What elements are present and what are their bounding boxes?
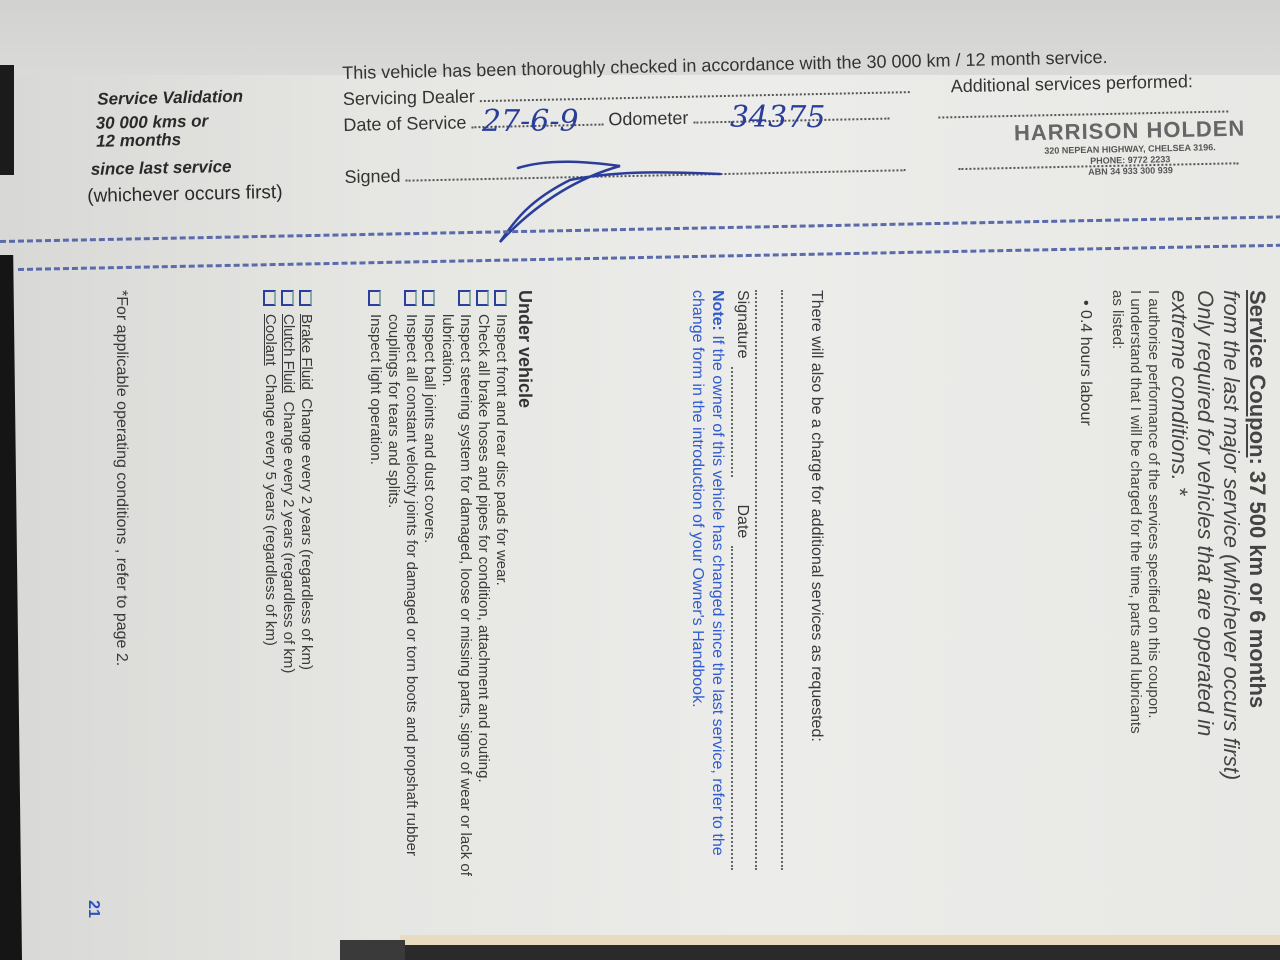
validation-whichever: (whichever occurs first) — [87, 179, 327, 210]
validation-since: since last service — [86, 153, 326, 182]
checklist-item: Inspect all constant velocity joints for… — [384, 290, 420, 890]
checkbox[interactable] — [494, 290, 507, 306]
checkbox[interactable] — [458, 290, 471, 306]
page-number: 21 — [84, 900, 102, 918]
page-tab — [340, 940, 405, 960]
handwritten-date: 27-6-9 — [482, 104, 579, 139]
footnote: *For applicable operating conditions , r… — [112, 290, 130, 930]
fluids-section: Brake Fluid Change every 2 years (regard… — [261, 290, 315, 890]
dealer-stamp: HARRISON HOLDEN 320 NEPEAN HIGHWAY, CHEL… — [999, 115, 1260, 179]
coupon-title: Service Coupon: 37 500 km or 6 months — [1244, 290, 1270, 930]
fluid-item: Coolant Change every 5 years (regardless… — [261, 290, 279, 890]
service-validation: Service Validation 30 000 kms or 12 mont… — [85, 83, 328, 210]
charge-text: There will also be a charge for addition… — [807, 290, 825, 870]
background-edge — [400, 945, 1280, 960]
date-label: Date of Service — [343, 112, 466, 135]
background-edge — [0, 65, 14, 175]
additional-request-line-2[interactable] — [755, 290, 775, 870]
checkbox[interactable] — [299, 290, 312, 306]
checkbox[interactable] — [422, 290, 435, 306]
checkbox[interactable] — [263, 290, 276, 306]
additional-charges: There will also be a charge for addition… — [687, 290, 825, 870]
signed-label: Signed — [344, 166, 400, 187]
stamp-name: HARRISON HOLDEN — [999, 115, 1259, 146]
under-vehicle-heading: Under vehicle — [514, 290, 535, 890]
owner-change-note: Note: If the owner of this vehicle has c… — [687, 290, 727, 870]
fluid-item: Brake Fluid Change every 2 years (regard… — [297, 290, 315, 890]
odometer-label: Odometer — [608, 108, 688, 130]
signature-scribble — [420, 150, 740, 250]
checklist-item: Inspect ball joints and dust covers. — [420, 290, 438, 890]
checklist-item: Inspect steering system for damaged, loo… — [438, 290, 474, 890]
under-vehicle-section: Under vehicle Inspect front and rear dis… — [366, 290, 535, 890]
checklist-item: Inspect light operation. — [366, 290, 384, 890]
checklist-item: Inspect front and rear disc pads for wea… — [492, 290, 510, 890]
additional-label: Additional services performed: — [951, 71, 1193, 96]
checklist-item: Check all brake hoses and pipes for cond… — [474, 290, 492, 890]
dealer-label: Servicing Dealer — [343, 86, 475, 109]
handwritten-odometer: 34375 — [730, 100, 825, 135]
checkbox[interactable] — [281, 290, 294, 306]
coupon-subtitle-2: Only required for vehicles that are oper… — [1192, 290, 1218, 930]
date-label-coupon: Date — [731, 505, 751, 539]
date-field-coupon[interactable] — [731, 546, 751, 870]
authorise-text-1: I authorise performance of the services … — [1144, 290, 1162, 930]
authorise-text-2: I understand that I will be charged for … — [1126, 290, 1144, 930]
authorise-text-3: as listed: — [1108, 290, 1126, 930]
checkbox[interactable] — [368, 290, 381, 306]
signature-label: Signature — [731, 290, 751, 359]
coupon-subtitle-3: extreme conditions. * — [1166, 290, 1192, 930]
fluid-item: Clutch Fluid Change every 2 years (regar… — [279, 290, 297, 890]
checkbox[interactable] — [404, 290, 417, 306]
labour-item: • 0.4 hours labour — [1076, 300, 1094, 930]
checkbox[interactable] — [476, 290, 489, 306]
service-coupon: Service Coupon: 37 500 km or 6 months fr… — [90, 290, 1270, 930]
signature-field[interactable] — [731, 367, 751, 477]
coupon-subtitle-1: from the last major service (whichever o… — [1218, 290, 1244, 930]
signature-date-row: Signature Date — [731, 290, 751, 870]
coupon-header: Service Coupon: 37 500 km or 6 months fr… — [1076, 290, 1270, 930]
dealer-field[interactable] — [480, 77, 910, 102]
additional-field-1[interactable] — [938, 96, 1228, 118]
additional-request-line-1[interactable] — [781, 290, 801, 870]
